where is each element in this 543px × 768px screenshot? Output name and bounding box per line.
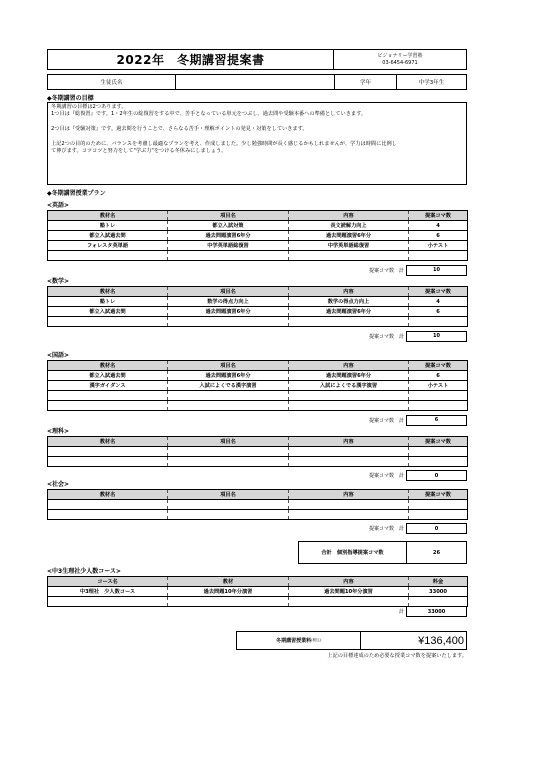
grand-total-box: 合計 個別指導提案コマ数 26	[298, 541, 467, 564]
table-cell[interactable]: 過去問題演習6年分	[289, 371, 409, 381]
subject-title: <理科>	[47, 426, 69, 435]
table-cell[interactable]: 過去問題演習6年分	[289, 231, 409, 241]
grade-label: 学年	[335, 75, 397, 89]
goals-heading: ◆冬期講習の目標	[47, 93, 94, 102]
goal-line: 1つ目は『総復習』です。1・2年生の総復習をする中で、苦手となっている単元をつぶ…	[51, 111, 463, 118]
course-sum-label: 計	[290, 606, 406, 617]
subject-sum: 提案コマ数 計10	[290, 331, 467, 342]
table-cell[interactable]	[289, 391, 409, 401]
table-cell[interactable]: 塾トレ	[48, 221, 168, 231]
table-cell[interactable]: 過去問題10年分演習	[168, 587, 289, 597]
column-header: 項目名	[168, 211, 289, 221]
table-cell[interactable]	[48, 500, 168, 510]
subject-table: 教材名項目名内容提案コマ数塾トレ数学の得点力向上数学の得点力向上4都立入試過去問…	[47, 286, 468, 327]
table-cell[interactable]: 過去問題演習6年分	[168, 231, 289, 241]
table-cell[interactable]	[409, 447, 468, 457]
table-cell[interactable]	[168, 317, 289, 327]
column-header: 内容	[289, 287, 409, 297]
subject-table: 教材名項目名内容提案コマ数	[47, 436, 468, 467]
table-cell[interactable]	[48, 317, 168, 327]
document-header: 2022年 冬期講習提案書 ビジョナリー学習塾 03-6454-6971	[47, 49, 467, 70]
table-header-row: 教材名項目名内容提案コマ数	[48, 437, 468, 447]
table-row	[48, 597, 468, 607]
subject-title: <国語>	[47, 350, 69, 359]
course-sum: 計33000	[290, 606, 467, 617]
subject-title: <数学>	[47, 276, 69, 285]
table-cell[interactable]	[48, 251, 168, 261]
table-cell[interactable]: 漢字ガイダンス	[48, 381, 168, 391]
table-cell[interactable]: 4	[409, 297, 468, 307]
table-row	[48, 317, 468, 327]
subject-sum: 提案コマ数 計0	[290, 470, 467, 481]
sum-value: 0	[406, 470, 467, 481]
table-cell[interactable]: 過去問題演習6年分	[289, 307, 409, 317]
table-cell[interactable]	[409, 597, 468, 607]
column-header: 内容	[289, 361, 409, 371]
table-header-row: コース名教材内容料金	[48, 577, 468, 587]
fee-label: 冬期講習授業料(税込)	[237, 632, 361, 649]
goal-line: 2つ目は『受験対策』です。過去問を行うことで、さらなる苦手・理解ポイントの発見・…	[51, 126, 463, 133]
table-row	[48, 391, 468, 401]
subject-table: 教材名項目名内容提案コマ数	[47, 489, 468, 520]
school-phone: 03-6454-6971	[382, 60, 417, 67]
fee-value: ¥136,400	[361, 632, 466, 649]
course-title: <中3生理社少人数コース>	[47, 566, 121, 575]
table-cell[interactable]: フォレスタ英単語	[48, 241, 168, 251]
table-cell[interactable]	[168, 447, 289, 457]
table-cell[interactable]: 数学の得点力向上	[168, 297, 289, 307]
sum-value: 0	[406, 523, 467, 534]
table-cell[interactable]	[168, 251, 289, 261]
student-name-value[interactable]	[176, 75, 335, 89]
table-header-row: 教材名項目名内容提案コマ数	[48, 287, 468, 297]
table-cell[interactable]: 中3理社 少人数コース	[48, 587, 168, 597]
column-header: 提案コマ数	[409, 211, 468, 221]
table-cell[interactable]	[409, 401, 468, 411]
subject-sum: 提案コマ数 計10	[290, 265, 467, 276]
table-cell[interactable]	[168, 500, 289, 510]
table-cell[interactable]: 入試によくでる漢字演習	[168, 381, 289, 391]
table-row: 漢字ガイダンス入試によくでる漢字演習入試によくでる漢字演習小テスト	[48, 381, 468, 391]
table-cell[interactable]: 都立入試過去問	[48, 231, 168, 241]
subject-sum: 提案コマ数 計0	[290, 523, 467, 534]
table-cell[interactable]: 都立入試対策	[168, 221, 289, 231]
table-cell[interactable]: 6	[409, 371, 468, 381]
table-cell[interactable]	[48, 510, 168, 520]
table-cell[interactable]: 小テスト	[409, 241, 468, 251]
table-row: 塾トレ都立入試対策長文読解力向上4	[48, 221, 468, 231]
subject-title: <英語>	[47, 200, 69, 209]
subject-table: 教材名項目名内容提案コマ数都立入試過去問過去問題演習6年分過去問題演習6年分6漢…	[47, 360, 468, 411]
table-cell[interactable]	[168, 510, 289, 520]
student-name-label: 生徒氏名	[48, 75, 176, 89]
table-cell[interactable]	[289, 500, 409, 510]
grand-total-label: 合計 個別指導提案コマ数	[299, 542, 407, 563]
table-cell[interactable]: 6	[409, 307, 468, 317]
fee-label-text: 冬期講習授業料	[276, 637, 311, 644]
table-cell[interactable]: 都立入試過去問	[48, 371, 168, 381]
table-cell[interactable]	[289, 447, 409, 457]
column-header: 教材	[168, 577, 289, 587]
column-header: 項目名	[168, 361, 289, 371]
table-header-row: 教材名項目名内容提案コマ数	[48, 361, 468, 371]
table-header-row: 教材名項目名内容提案コマ数	[48, 490, 468, 500]
goals-box: 冬期講習の目標は2つあります。1つ目は『総復習』です。1・2年生の総復習をする中…	[47, 102, 467, 185]
table-cell[interactable]: 長文読解力向上	[289, 221, 409, 231]
table-cell[interactable]	[48, 447, 168, 457]
school-info: ビジョナリー学習塾 03-6454-6971	[334, 50, 466, 69]
table-header-row: 教材名項目名内容提案コマ数	[48, 211, 468, 221]
fee-box: 冬期講習授業料(税込) ¥136,400	[236, 631, 467, 650]
table-row	[48, 500, 468, 510]
column-header: 項目名	[168, 437, 289, 447]
sum-label: 提案コマ数 計	[290, 415, 406, 426]
table-cell[interactable]: 塾トレ	[48, 297, 168, 307]
column-header: 内容	[289, 490, 409, 500]
table-cell[interactable]: 中学英単語総復習	[289, 241, 409, 251]
sum-label: 提案コマ数 計	[290, 470, 406, 481]
column-header: 項目名	[168, 490, 289, 500]
table-row	[48, 457, 468, 467]
table-cell[interactable]	[168, 401, 289, 411]
table-cell[interactable]	[168, 391, 289, 401]
table-cell[interactable]: 小テスト	[409, 381, 468, 391]
student-info-row: 生徒氏名 学年 中学3年生	[47, 74, 467, 90]
column-header: 提案コマ数	[409, 437, 468, 447]
table-cell[interactable]	[409, 391, 468, 401]
column-header: 提案コマ数	[409, 361, 468, 371]
sum-label: 提案コマ数 計	[290, 265, 406, 276]
table-cell[interactable]	[289, 510, 409, 520]
column-header: 提案コマ数	[409, 287, 468, 297]
goal-line: て伸びます。コツコツと努力をして"学ぶ力"をつける冬休みにしましょう。	[51, 148, 463, 155]
table-cell[interactable]: 33000	[409, 587, 468, 597]
table-cell[interactable]: 入試によくでる漢字演習	[289, 381, 409, 391]
table-cell[interactable]	[289, 401, 409, 411]
sum-label: 提案コマ数 計	[290, 523, 406, 534]
table-cell[interactable]	[409, 510, 468, 520]
table-cell[interactable]	[168, 457, 289, 467]
course-sum-value: 33000	[406, 606, 467, 617]
column-header: 提案コマ数	[409, 490, 468, 500]
column-header: 教材名	[48, 490, 168, 500]
column-header: 教材名	[48, 287, 168, 297]
table-cell[interactable]: 都立入試過去問	[48, 307, 168, 317]
table-cell[interactable]: 数学の得点力向上	[289, 297, 409, 307]
table-cell[interactable]: 6	[409, 231, 468, 241]
grade-value: 中学3年生	[397, 75, 466, 89]
column-header: 料金	[409, 577, 468, 587]
subject-table: 教材名項目名内容提案コマ数塾トレ都立入試対策長文読解力向上4都立入試過去問過去問…	[47, 210, 468, 261]
column-header: 教材名	[48, 211, 168, 221]
table-cell[interactable]	[289, 251, 409, 261]
table-row: 中3理社 少人数コース過去問題10年分演習過去問題10年分演習33000	[48, 587, 468, 597]
table-cell[interactable]	[48, 401, 168, 411]
table-row	[48, 447, 468, 457]
column-header: 項目名	[168, 287, 289, 297]
sum-label: 提案コマ数 計	[290, 331, 406, 342]
sum-value: 10	[406, 331, 467, 342]
table-cell[interactable]	[168, 597, 289, 607]
goal-spacer	[51, 134, 463, 141]
fee-footnote: 上記の目標達成のため必要な授業コマ数を提案いたします。	[236, 652, 467, 659]
table-row: 都立入試過去問過去問題演習6年分過去問題演習6年分6	[48, 231, 468, 241]
sum-value: 6	[406, 415, 467, 426]
subject-sum: 提案コマ数 計6	[290, 415, 467, 426]
table-row	[48, 510, 468, 520]
school-name: ビジョナリー学習塾	[378, 53, 423, 60]
column-header: 教材名	[48, 437, 168, 447]
table-cell[interactable]	[409, 457, 468, 467]
tax-note: (税込)	[311, 638, 321, 643]
table-cell[interactable]: 中学英単語総復習	[168, 241, 289, 251]
table-cell[interactable]	[409, 317, 468, 327]
table-row: 都立入試過去問過去問題演習6年分過去問題演習6年分6	[48, 371, 468, 381]
table-cell[interactable]	[48, 391, 168, 401]
column-header: 内容	[289, 577, 409, 587]
document-title: 2022年 冬期講習提案書	[48, 50, 334, 69]
column-header: 内容	[289, 211, 409, 221]
column-header: 教材名	[48, 361, 168, 371]
table-row	[48, 401, 468, 411]
table-cell[interactable]	[48, 597, 168, 607]
table-cell[interactable]: 過去問題演習6年分	[168, 371, 289, 381]
table-cell[interactable]: 過去問題10年分演習	[289, 587, 409, 597]
table-cell[interactable]: 過去問題演習6年分	[168, 307, 289, 317]
subject-title: <社会>	[47, 479, 69, 488]
column-header: コース名	[48, 577, 168, 587]
table-cell[interactable]	[289, 317, 409, 327]
table-cell[interactable]	[409, 500, 468, 510]
table-cell[interactable]	[289, 597, 409, 607]
grand-total-value: 26	[407, 542, 466, 563]
sum-value: 10	[406, 265, 467, 276]
table-row: 塾トレ数学の得点力向上数学の得点力向上4	[48, 297, 468, 307]
column-header: 内容	[289, 437, 409, 447]
table-row: 都立入試過去問過去問題演習6年分過去問題演習6年分6	[48, 307, 468, 317]
table-row	[48, 251, 468, 261]
table-cell[interactable]	[289, 457, 409, 467]
plan-heading: ◆冬期講習授業プラン	[47, 188, 106, 197]
table-row: フォレスタ英単語中学英単語総復習中学英単語総復習小テスト	[48, 241, 468, 251]
table-cell[interactable]	[48, 457, 168, 467]
course-table: コース名教材内容料金中3理社 少人数コース過去問題10年分演習過去問題10年分演…	[47, 576, 468, 607]
table-cell[interactable]	[409, 251, 468, 261]
table-cell[interactable]: 4	[409, 221, 468, 231]
